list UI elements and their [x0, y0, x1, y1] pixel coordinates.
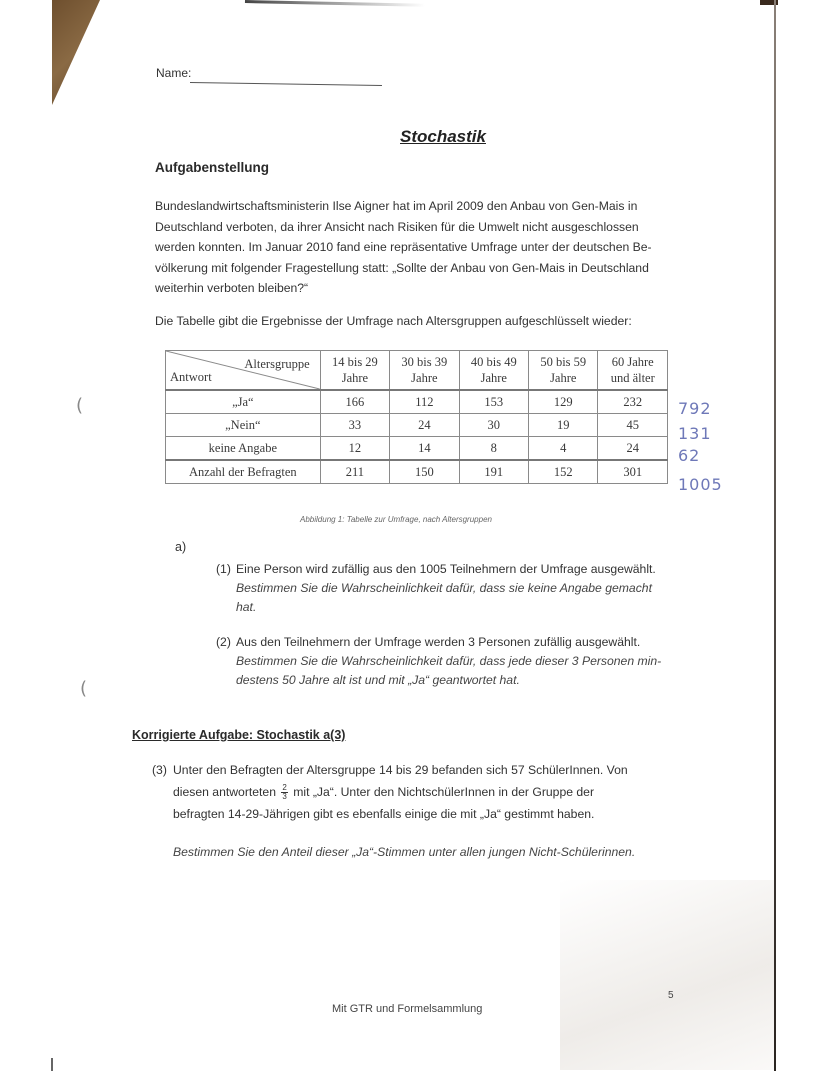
table-cell: 4: [529, 437, 598, 461]
task-text: Eine Person wird zufällig aus den 1005 T…: [236, 560, 686, 579]
row-label: keine Angabe: [166, 437, 321, 461]
task-text-fragment: mit „Ja“. Unter den NichtschülerInnen in…: [293, 785, 594, 799]
table-caption: Abbildung 1: Tabelle zur Umfrage, nach A…: [300, 515, 492, 524]
corner-label-altersgruppe: Altersgruppe: [244, 356, 309, 372]
task-number: (1): [216, 560, 231, 579]
row-label: „Ja“: [166, 390, 321, 414]
intro-line: werden konnten. Im Januar 2010 fand eine…: [155, 237, 685, 258]
task-instruction: hat.: [236, 598, 686, 617]
table-cell: 8: [459, 437, 528, 461]
table-cell: 12: [320, 437, 389, 461]
task-instruction: destens 50 Jahre alt ist und mit „Ja“ ge…: [236, 671, 686, 690]
name-label: Name:: [156, 66, 191, 80]
intro-line: Deutschland verboten, da ihrer Ansicht n…: [155, 217, 685, 238]
table-cell: 232: [598, 390, 668, 414]
table-cell: 129: [529, 390, 598, 414]
intro-paragraph: Bundeslandwirtschaftsministerin Ilse Aig…: [155, 196, 685, 299]
worksheet-page: Name: Stochastik Aufgabenstellung Bundes…: [0, 0, 828, 1071]
name-field-line[interactable]: [190, 82, 382, 86]
column-header: 60 Jahreund älter: [598, 351, 668, 391]
handwritten-total: 1005: [678, 475, 723, 494]
task-a1: (1) Eine Person wird zufällig aus den 10…: [216, 560, 686, 617]
row-label: „Nein“: [166, 414, 321, 437]
section-heading: Aufgabenstellung: [155, 160, 269, 175]
intro-line: Bundeslandwirtschaftsministerin Ilse Aig…: [155, 196, 685, 217]
task-text-line: Unter den Befragten der Altersgruppe 14 …: [173, 759, 682, 781]
task-a2: (2) Aus den Teilnehmern der Umfrage werd…: [216, 633, 686, 690]
corrected-task-heading: Korrigierte Aufgabe: Stochastik a(3): [132, 728, 345, 742]
table-cell: 301: [598, 460, 668, 484]
table-row: „Nein“ 33 24 30 19 45: [166, 414, 668, 437]
column-header: 30 bis 39Jahre: [390, 351, 459, 391]
page-number: 5: [668, 990, 674, 1001]
table-header-row: Altersgruppe Antwort 14 bis 29Jahre 30 b…: [166, 351, 668, 391]
survey-table: Altersgruppe Antwort 14 bis 29Jahre 30 b…: [165, 350, 668, 484]
table-corner-cell: Altersgruppe Antwort: [166, 351, 321, 391]
task-text-line: befragten 14-29-Jährigen gibt es ebenfal…: [173, 803, 682, 825]
handwritten-total: 792: [678, 399, 712, 418]
task-instruction: Bestimmen Sie den Anteil dieser „Ja“-Sti…: [173, 845, 635, 859]
table-cell: 19: [529, 414, 598, 437]
table-intro: Die Tabelle gibt die Ergebnisse der Umfr…: [155, 314, 632, 328]
table-cell: 24: [598, 437, 668, 461]
page-title: Stochastik: [400, 127, 486, 147]
task-number: (2): [216, 633, 231, 652]
table-cell: 45: [598, 414, 668, 437]
table-cell: 153: [459, 390, 528, 414]
table-row: „Ja“ 166 112 153 129 232: [166, 390, 668, 414]
handwritten-total: 131: [678, 424, 712, 443]
column-header: 14 bis 29Jahre: [320, 351, 389, 391]
table-cell: 14: [390, 437, 459, 461]
table-cell: 30: [459, 414, 528, 437]
table-row-total: Anzahl der Befragten 211 150 191 152 301: [166, 460, 668, 484]
table-cell: 211: [320, 460, 389, 484]
table-cell: 112: [390, 390, 459, 414]
task-text-fragment: diesen antworteten: [173, 785, 276, 799]
intro-line: weiterhin verboten bleiben?“: [155, 278, 685, 299]
table-cell: 191: [459, 460, 528, 484]
footer-note: Mit GTR und Formelsammlung: [332, 1003, 482, 1015]
table-cell: 24: [390, 414, 459, 437]
handwritten-total: 62: [678, 446, 700, 465]
row-label: Anzahl der Befragten: [166, 460, 321, 484]
fraction-denominator: 3: [281, 793, 287, 801]
part-a-label: a): [175, 540, 186, 554]
column-header: 40 bis 49Jahre: [459, 351, 528, 391]
corner-label-antwort: Antwort: [170, 369, 212, 385]
column-header: 50 bis 59Jahre: [529, 351, 598, 391]
task-number: (3): [152, 759, 167, 781]
table-cell: 152: [529, 460, 598, 484]
task-text-line: diesen antworteten 2 3 mit „Ja“. Unter d…: [173, 781, 682, 803]
task-instruction: Bestimmen Sie die Wahrscheinlichkeit daf…: [236, 579, 686, 598]
task-text: Aus den Teilnehmern der Umfrage werden 3…: [236, 633, 686, 652]
task-a3: (3) Unter den Befragten der Altersgruppe…: [152, 759, 682, 825]
table-cell: 166: [320, 390, 389, 414]
intro-line: völkerung mit folgender Fragestellung st…: [155, 258, 685, 279]
fraction-two-thirds: 2 3: [281, 784, 287, 801]
table-row: keine Angabe 12 14 8 4 24: [166, 437, 668, 461]
table-cell: 150: [390, 460, 459, 484]
table-cell: 33: [320, 414, 389, 437]
task-instruction: Bestimmen Sie die Wahrscheinlichkeit daf…: [236, 652, 686, 671]
